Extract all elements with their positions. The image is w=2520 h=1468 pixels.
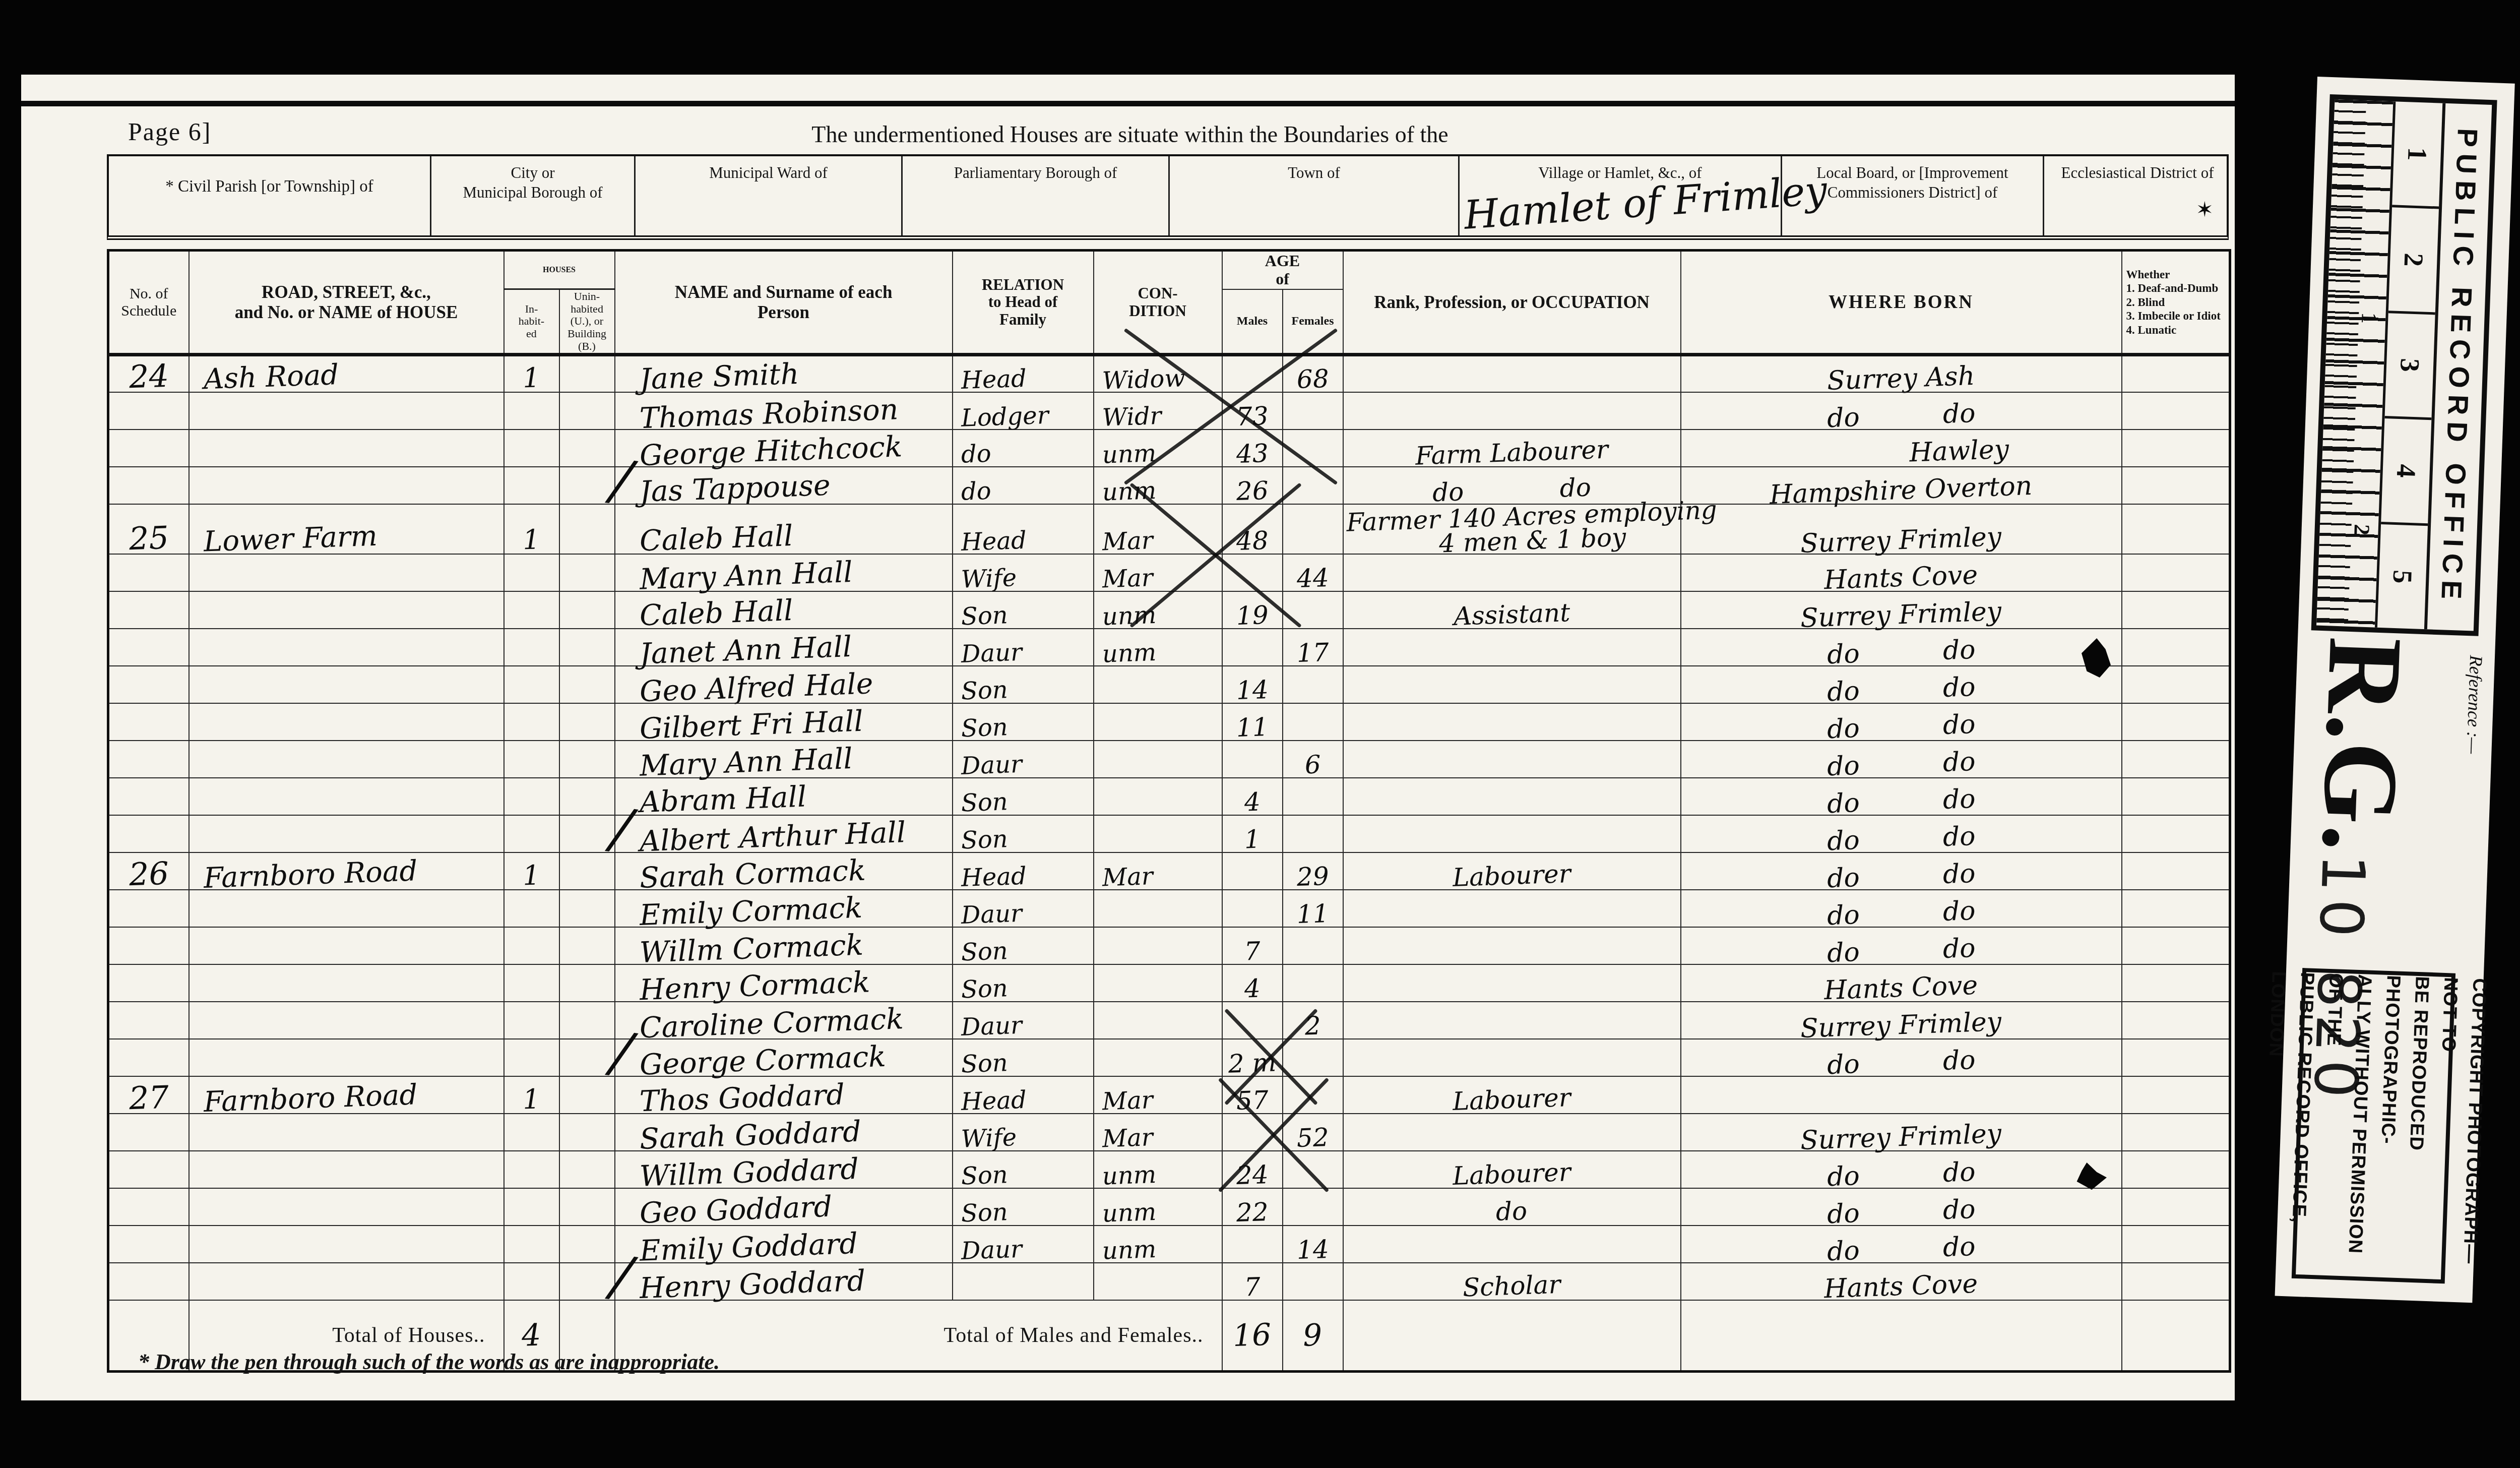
cell-schedule bbox=[108, 1226, 189, 1263]
cell-dis bbox=[2122, 1263, 2230, 1300]
col-header-schedule: No. of Schedule bbox=[108, 251, 189, 355]
col-header-inhabited: In- habit- ed bbox=[504, 289, 559, 355]
census-record-row: George Cormack∕Son2 mdo do bbox=[108, 1039, 2230, 1076]
cell-relation: Son bbox=[953, 591, 1094, 629]
cell-dis bbox=[2122, 629, 2230, 666]
cell-occ bbox=[1343, 1226, 1681, 1263]
cell-inh bbox=[504, 741, 559, 778]
cell-condition bbox=[1094, 1263, 1222, 1300]
cell-m: 48 bbox=[1222, 504, 1283, 554]
cell-road bbox=[189, 778, 504, 815]
cell-uninh bbox=[559, 355, 615, 392]
cell-uninh bbox=[559, 927, 615, 964]
cell-m bbox=[1222, 852, 1283, 890]
cell-schedule bbox=[108, 964, 189, 1002]
cell-inh bbox=[504, 1002, 559, 1039]
cell-m: 11 bbox=[1222, 703, 1283, 741]
pro-reference-card: 1 2 1 2 3 4 5 PUBLIC RECORD OFFICE Refer… bbox=[2275, 77, 2515, 1303]
cell-dis bbox=[2122, 1039, 2230, 1076]
ruler-inch-number: 2 bbox=[2398, 252, 2429, 267]
ruler-cm-number: 2 bbox=[2349, 524, 2375, 536]
cell-uninh bbox=[559, 815, 615, 852]
cell-uninh bbox=[559, 1226, 615, 1263]
cell-occ: Labourer bbox=[1343, 852, 1681, 890]
cell-occ bbox=[1343, 392, 1681, 430]
cell-occ bbox=[1343, 1039, 1681, 1076]
cell-f bbox=[1283, 666, 1343, 703]
cell-dis bbox=[2122, 392, 2230, 430]
cell-name: Henry Cormack bbox=[615, 964, 953, 1002]
cell-occ bbox=[1343, 778, 1681, 815]
cell-dis bbox=[2122, 890, 2230, 927]
cell-born bbox=[1681, 1076, 2122, 1114]
cell-dis bbox=[2122, 1151, 2230, 1188]
cell-born: do do bbox=[1681, 1039, 2122, 1076]
cell-occ bbox=[1343, 554, 1681, 591]
col-header-uninhabited: Unin- habited (U.), or Building (B.) bbox=[559, 289, 615, 355]
cell-dis bbox=[2122, 554, 2230, 591]
cell-schedule bbox=[108, 1151, 189, 1188]
cell-schedule: 27 bbox=[108, 1076, 189, 1114]
cell-f: 29 bbox=[1283, 852, 1343, 890]
cell-uninh bbox=[559, 1114, 615, 1151]
cell-f bbox=[1283, 778, 1343, 815]
boundary-cell-municipal-ward: Municipal Ward of bbox=[636, 156, 903, 235]
cell-schedule bbox=[108, 666, 189, 703]
boundary-header: * Civil Parish [or Township] of City or … bbox=[107, 154, 2229, 240]
cell-dis bbox=[2122, 815, 2230, 852]
cell-born: do do bbox=[1681, 778, 2122, 815]
cell-uninh bbox=[559, 852, 615, 890]
cell-schedule bbox=[108, 430, 189, 467]
cell-road bbox=[189, 591, 504, 629]
cell-dis bbox=[2122, 1114, 2230, 1151]
cell-uninh bbox=[559, 554, 615, 591]
cell-inh bbox=[504, 703, 559, 741]
cell-condition: Mar bbox=[1094, 554, 1222, 591]
copyright-text: COPYRIGHT PHOTOGRAPH—NOT TO BE REPRODUCE… bbox=[2253, 970, 2494, 1281]
cell-inh bbox=[504, 591, 559, 629]
cell-born: Hawley bbox=[1681, 430, 2122, 467]
cell-name: George Hitchcock bbox=[615, 430, 953, 467]
cell-name: Mary Ann Hall bbox=[615, 554, 953, 591]
cell-occ bbox=[1343, 666, 1681, 703]
cell-uninh bbox=[559, 1076, 615, 1114]
cell-uninh bbox=[559, 467, 615, 504]
cell-born: Surrey Frimley bbox=[1681, 504, 2122, 554]
col-header-occupation: Rank, Profession, or OCCUPATION bbox=[1343, 251, 1681, 355]
cell-relation: Wife bbox=[953, 554, 1094, 591]
cell-inh bbox=[504, 778, 559, 815]
census-record-row: Geo Alfred HaleSon14do do bbox=[108, 666, 2230, 703]
cell-relation: Lodger bbox=[953, 392, 1094, 430]
col-header-relation: RELATION to Head of Family bbox=[953, 251, 1094, 355]
cell-born: Surrey Ash bbox=[1681, 355, 2122, 392]
census-record-row: 27Farnboro Road1Thos GoddardHeadMar57Lab… bbox=[108, 1076, 2230, 1114]
census-record-row: Henry Goddard∕7ScholarHants Cove bbox=[108, 1263, 2230, 1300]
cell-occ bbox=[1343, 815, 1681, 852]
cell-uninh bbox=[559, 1263, 615, 1300]
cell-born: Hants Cove bbox=[1681, 1263, 2122, 1300]
cell-m: 4 bbox=[1222, 964, 1283, 1002]
cell-occ: Assistant bbox=[1343, 591, 1681, 629]
cell-m: 22 bbox=[1222, 1188, 1283, 1226]
census-record-row: Sarah GoddardWifeMar52Surrey Frimley bbox=[108, 1114, 2230, 1151]
cell-schedule bbox=[108, 1263, 189, 1300]
cell-relation: Head bbox=[953, 852, 1094, 890]
col-header-age: AGE of bbox=[1222, 251, 1343, 289]
cell-road bbox=[189, 629, 504, 666]
col-header-males: Males bbox=[1222, 289, 1283, 355]
cell-uninh bbox=[559, 504, 615, 554]
cell-condition: Mar bbox=[1094, 852, 1222, 890]
cell-inh bbox=[504, 392, 559, 430]
cell-dis bbox=[2122, 591, 2230, 629]
census-record-row: 26Farnboro Road1Sarah CormackHeadMar29La… bbox=[108, 852, 2230, 890]
ruler-cm-number: 1 bbox=[2356, 312, 2382, 324]
cell-uninh bbox=[559, 430, 615, 467]
cell-name: Sarah Goddard bbox=[615, 1114, 953, 1151]
cell-born: Hants Cove bbox=[1681, 554, 2122, 591]
cell-name: Abram Hall bbox=[615, 778, 953, 815]
cell-schedule bbox=[108, 392, 189, 430]
cell-dis bbox=[2122, 1226, 2230, 1263]
census-sheet: Page 6] The undermentioned Houses are si… bbox=[21, 75, 2235, 1400]
census-record-row: Mary Ann HallDaur6do do bbox=[108, 741, 2230, 778]
cell-schedule bbox=[108, 1114, 189, 1151]
cell-f bbox=[1283, 1263, 1343, 1300]
cell-dis bbox=[2122, 355, 2230, 392]
page-number: Page 6] bbox=[128, 117, 211, 146]
cell-f bbox=[1283, 591, 1343, 629]
cell-road: Ash Road bbox=[189, 355, 504, 392]
cell-road bbox=[189, 703, 504, 741]
cell-m bbox=[1222, 629, 1283, 666]
cell-road bbox=[189, 927, 504, 964]
cell-f: 14 bbox=[1283, 1226, 1343, 1263]
cell-road bbox=[189, 1039, 504, 1076]
cell-road bbox=[189, 430, 504, 467]
census-record-row: Jas Tappouse∕dounm26do doHampshire Overt… bbox=[108, 467, 2230, 504]
cell-inh bbox=[504, 554, 559, 591]
cell-name: Jane Smith bbox=[615, 355, 953, 392]
cell-schedule bbox=[108, 554, 189, 591]
ink-star-icon: ✶ bbox=[2196, 197, 2214, 222]
cell-f: 11 bbox=[1283, 890, 1343, 927]
cell-born: do do bbox=[1681, 815, 2122, 852]
cell-relation: Son bbox=[953, 778, 1094, 815]
cell-born: Surrey Frimley bbox=[1681, 1114, 2122, 1151]
cell-f bbox=[1283, 815, 1343, 852]
census-record-row: Abram HallSon4do do bbox=[108, 778, 2230, 815]
cell-schedule bbox=[108, 703, 189, 741]
cell-condition bbox=[1094, 1039, 1222, 1076]
cell-occ bbox=[1343, 355, 1681, 392]
cell-road bbox=[189, 554, 504, 591]
cell-born: Surrey Frimley bbox=[1681, 591, 2122, 629]
cell-name: Willm Goddard bbox=[615, 1151, 953, 1188]
cell-occ: Farmer 140 Acres employing 4 men & 1 boy bbox=[1343, 504, 1681, 554]
cell-road bbox=[189, 1188, 504, 1226]
boundary-cell-civil-parish: * Civil Parish [or Township] of bbox=[109, 156, 431, 235]
cell-f bbox=[1283, 467, 1343, 504]
cell-relation: do bbox=[953, 467, 1094, 504]
cell-name: Thomas Robinson bbox=[615, 392, 953, 430]
cell-m: 1 bbox=[1222, 815, 1283, 852]
cell-m bbox=[1222, 890, 1283, 927]
total-females-value: 9 bbox=[1283, 1300, 1343, 1372]
cell-inh bbox=[504, 927, 559, 964]
cell-relation: Daur bbox=[953, 1002, 1094, 1039]
cell-f: 44 bbox=[1283, 554, 1343, 591]
cell-m bbox=[1222, 741, 1283, 778]
cell-relation: Daur bbox=[953, 1226, 1094, 1263]
census-record-row: Mary Ann HallWifeMar44Hants Cove bbox=[108, 554, 2230, 591]
cell-schedule bbox=[108, 591, 189, 629]
cell-dis bbox=[2122, 927, 2230, 964]
cell-born: Surrey Frimley bbox=[1681, 1002, 2122, 1039]
cell-inh: 1 bbox=[504, 852, 559, 890]
cell-dis bbox=[2122, 741, 2230, 778]
cell-uninh bbox=[559, 1002, 615, 1039]
cell-dis bbox=[2122, 430, 2230, 467]
boundary-cell-town: Town of bbox=[1170, 156, 1460, 235]
census-record-row: Willm GoddardSonunm24Labourerdo do bbox=[108, 1151, 2230, 1188]
cell-occ: Scholar bbox=[1343, 1263, 1681, 1300]
cell-inh bbox=[504, 890, 559, 927]
cell-name: George Cormack∕ bbox=[615, 1039, 953, 1076]
cell-m: 7 bbox=[1222, 927, 1283, 964]
cell-occ bbox=[1343, 890, 1681, 927]
cell-relation: Daur bbox=[953, 741, 1094, 778]
copyright-box: COPYRIGHT PHOTOGRAPH—NOT TO BE REPRODUCE… bbox=[2292, 968, 2455, 1283]
cell-m bbox=[1222, 1226, 1283, 1263]
cell-road bbox=[189, 964, 504, 1002]
census-table-body: 24Ash Road1Jane SmithHeadWidow68Surrey A… bbox=[108, 355, 2230, 1300]
cell-f bbox=[1283, 1188, 1343, 1226]
cell-uninh bbox=[559, 666, 615, 703]
cell-dis bbox=[2122, 852, 2230, 890]
census-record-row: 25Lower Farm1Caleb HallHeadMar48Farmer 1… bbox=[108, 504, 2230, 554]
cell-name: Caleb Hall bbox=[615, 591, 953, 629]
col-header-where-born: WHERE BORN bbox=[1681, 251, 2122, 355]
cell-inh bbox=[504, 815, 559, 852]
total-males-value: 16 bbox=[1222, 1300, 1283, 1372]
cell-relation: do bbox=[953, 430, 1094, 467]
census-record-row: Caleb HallSonunm19AssistantSurrey Frimle… bbox=[108, 591, 2230, 629]
cell-name: Caleb Hall bbox=[615, 504, 953, 554]
cell-schedule bbox=[108, 1188, 189, 1226]
cell-condition: unm bbox=[1094, 1151, 1222, 1188]
cell-road: Farnboro Road bbox=[189, 852, 504, 890]
cell-uninh bbox=[559, 703, 615, 741]
cell-schedule: 25 bbox=[108, 504, 189, 554]
cell-uninh bbox=[559, 629, 615, 666]
ruler-inch-number: 3 bbox=[2394, 358, 2426, 373]
cell-condition bbox=[1094, 964, 1222, 1002]
cell-name: Janet Ann Hall bbox=[615, 629, 953, 666]
cell-born: do do bbox=[1681, 1151, 2122, 1188]
census-record-row: Gilbert Fri HallSon11do do bbox=[108, 703, 2230, 741]
cell-dis bbox=[2122, 504, 2230, 554]
cell-f: 17 bbox=[1283, 629, 1343, 666]
cell-inh: 1 bbox=[504, 1076, 559, 1114]
cell-condition: Mar bbox=[1094, 1114, 1222, 1151]
cell-occ bbox=[1343, 629, 1681, 666]
cell-road bbox=[189, 741, 504, 778]
cell-dis bbox=[2122, 1188, 2230, 1226]
cell-dis bbox=[2122, 1076, 2230, 1114]
cell-relation: Wife bbox=[953, 1114, 1094, 1151]
cell-uninh bbox=[559, 1151, 615, 1188]
cell-relation: Son bbox=[953, 815, 1094, 852]
cell-relation: Son bbox=[953, 964, 1094, 1002]
cell-name: Henry Goddard∕ bbox=[615, 1263, 953, 1300]
cell-schedule bbox=[108, 890, 189, 927]
cell-uninh bbox=[559, 964, 615, 1002]
cell-inh bbox=[504, 1039, 559, 1076]
cell-condition: unm bbox=[1094, 591, 1222, 629]
cell-condition bbox=[1094, 703, 1222, 741]
cell-relation: Head bbox=[953, 1076, 1094, 1114]
boundary-cell-city-borough: City or Municipal Borough of bbox=[431, 156, 636, 235]
cell-f bbox=[1283, 1039, 1343, 1076]
cell-f bbox=[1283, 703, 1343, 741]
cell-schedule bbox=[108, 815, 189, 852]
cell-occ: do bbox=[1343, 1188, 1681, 1226]
cell-relation: Son bbox=[953, 1188, 1094, 1226]
census-table: No. of Schedule ROAD, STREET, &c., and N… bbox=[107, 249, 2231, 1373]
cell-inh bbox=[504, 467, 559, 504]
cell-born: do do bbox=[1681, 1226, 2122, 1263]
cell-born: Hampshire Overton bbox=[1681, 467, 2122, 504]
census-table-header: No. of Schedule ROAD, STREET, &c., and N… bbox=[108, 251, 2230, 355]
cell-relation: Son bbox=[953, 703, 1094, 741]
cell-uninh bbox=[559, 591, 615, 629]
page-title: The undermentioned Houses are situate wi… bbox=[601, 121, 1659, 148]
cell-inh bbox=[504, 666, 559, 703]
cell-name: Geo Alfred Hale bbox=[615, 666, 953, 703]
cell-m: 4 bbox=[1222, 778, 1283, 815]
pro-office-label: PUBLIC RECORD OFFICE bbox=[2435, 128, 2484, 606]
census-record-row: Albert Arthur Hall∕Son1do do bbox=[108, 815, 2230, 852]
cell-road bbox=[189, 1226, 504, 1263]
cell-dis bbox=[2122, 778, 2230, 815]
census-record-row: George Hitchcockdounm43Farm Labourer Haw… bbox=[108, 430, 2230, 467]
cell-inh: 1 bbox=[504, 504, 559, 554]
cell-inh bbox=[504, 1114, 559, 1151]
cell-name: Emily Goddard bbox=[615, 1226, 953, 1263]
cell-m bbox=[1222, 1002, 1283, 1039]
cell-condition bbox=[1094, 890, 1222, 927]
cell-relation: Daur bbox=[953, 890, 1094, 927]
cell-m: 19 bbox=[1222, 591, 1283, 629]
cell-born: do do bbox=[1681, 629, 2122, 666]
cell-f bbox=[1283, 927, 1343, 964]
cell-name: Willm Cormack bbox=[615, 927, 953, 964]
cell-uninh bbox=[559, 741, 615, 778]
ruler-box: 1 2 1 2 3 4 5 PUBLIC RECORD OFFICE bbox=[2311, 94, 2497, 636]
census-record-row: Janet Ann HallDaurunm17do do bbox=[108, 629, 2230, 666]
census-record-row: Emily GoddardDaurunm14do do bbox=[108, 1226, 2230, 1263]
cell-name: Gilbert Fri Hall bbox=[615, 703, 953, 741]
cell-condition: unm bbox=[1094, 1188, 1222, 1226]
cell-road bbox=[189, 666, 504, 703]
cell-occ bbox=[1343, 703, 1681, 741]
col-header-road: ROAD, STREET, &c., and No. or NAME of HO… bbox=[189, 251, 504, 355]
cell-schedule bbox=[108, 778, 189, 815]
cell-relation bbox=[953, 1263, 1094, 1300]
cell-f bbox=[1283, 392, 1343, 430]
cell-condition: unm bbox=[1094, 629, 1222, 666]
census-record-row: Henry CormackSon4Hants Cove bbox=[108, 964, 2230, 1002]
cell-name: Jas Tappouse∕ bbox=[615, 467, 953, 504]
cell-uninh bbox=[559, 1039, 615, 1076]
cell-condition bbox=[1094, 1002, 1222, 1039]
cell-born: do do bbox=[1681, 890, 2122, 927]
cell-dis bbox=[2122, 703, 2230, 741]
cell-name: Thos Goddard bbox=[615, 1076, 953, 1114]
cell-schedule bbox=[108, 741, 189, 778]
cell-occ: Labourer bbox=[1343, 1076, 1681, 1114]
cell-name: Albert Arthur Hall∕ bbox=[615, 815, 953, 852]
ruler-inch-number: 1 bbox=[2402, 147, 2433, 161]
cell-road bbox=[189, 890, 504, 927]
cell-f: 52 bbox=[1283, 1114, 1343, 1151]
cell-road bbox=[189, 1263, 504, 1300]
cell-condition: Widr bbox=[1094, 392, 1222, 430]
cell-born: do do bbox=[1681, 392, 2122, 430]
ruler-inch-number: 4 bbox=[2390, 464, 2422, 478]
cell-schedule: 24 bbox=[108, 355, 189, 392]
cell-road bbox=[189, 392, 504, 430]
cell-uninh bbox=[559, 1188, 615, 1226]
reference-area: Reference :— R.G. 10 820 bbox=[2287, 631, 2495, 960]
cell-road bbox=[189, 815, 504, 852]
cell-f bbox=[1283, 964, 1343, 1002]
cell-inh bbox=[504, 964, 559, 1002]
cell-road: Farnboro Road bbox=[189, 1076, 504, 1114]
cell-dis bbox=[2122, 666, 2230, 703]
cell-road bbox=[189, 1114, 504, 1151]
cell-condition: unm bbox=[1094, 1226, 1222, 1263]
cell-born: do do bbox=[1681, 703, 2122, 741]
cell-schedule bbox=[108, 467, 189, 504]
cell-condition bbox=[1094, 815, 1222, 852]
cell-inh bbox=[504, 1263, 559, 1300]
census-record-row: Emily CormackDaur11do do bbox=[108, 890, 2230, 927]
cell-inh bbox=[504, 629, 559, 666]
col-header-houses: HOUSES bbox=[504, 251, 615, 289]
cell-born: Hants Cove bbox=[1681, 964, 2122, 1002]
cell-name: Mary Ann Hall bbox=[615, 741, 953, 778]
cell-uninh bbox=[559, 778, 615, 815]
boundary-cell-ecclesiastical-district: Ecclesiastical District of ✶ bbox=[2044, 156, 2231, 235]
cell-inh bbox=[504, 1188, 559, 1226]
cell-occ bbox=[1343, 964, 1681, 1002]
cell-dis bbox=[2122, 1002, 2230, 1039]
cell-occ: Farm Labourer bbox=[1343, 430, 1681, 467]
cell-inh: 1 bbox=[504, 355, 559, 392]
cell-born: do do bbox=[1681, 1188, 2122, 1226]
cell-uninh bbox=[559, 890, 615, 927]
footnote: * Draw the pen through such of the words… bbox=[138, 1349, 720, 1375]
cell-road bbox=[189, 1151, 504, 1188]
cell-occ bbox=[1343, 1002, 1681, 1039]
cell-relation: Son bbox=[953, 1151, 1094, 1188]
cell-born: do do bbox=[1681, 666, 2122, 703]
cell-relation: Head bbox=[953, 355, 1094, 392]
